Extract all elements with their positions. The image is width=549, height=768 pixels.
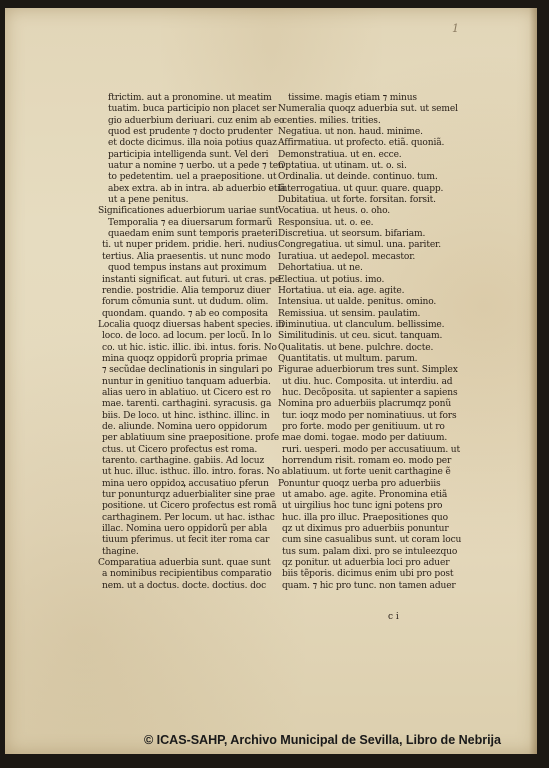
- section-heading-line: Figurae aduerbiorum tres sunt. Simplex: [278, 365, 438, 376]
- text-line: to pedetentim. uel a praepositione. ut: [98, 172, 258, 183]
- text-line: a nominibus recipientibus comparatio: [98, 569, 258, 580]
- section-heading-line: Localia quoqz diuersas habent species. i…: [98, 320, 258, 331]
- text-line: mina quoqz oppidorũ propria primae: [98, 354, 258, 365]
- entry-line: Remissiua. ut sensim. paulatim.: [278, 309, 438, 320]
- folio-mark: 1: [452, 22, 459, 35]
- entry-line: Electiua. ut potius. imo.: [278, 275, 438, 286]
- text-line: ruri. uesperi. modo per accusatiuum. ut: [278, 445, 438, 456]
- text-line: mina uero oppidoꝝ accusatiuo pferun: [98, 479, 258, 490]
- text-line: nem. ut a doctus. docte. doctius. doc: [98, 581, 258, 592]
- text-line: tertius. Alia praesentis. ut nunc modo: [98, 252, 258, 263]
- text-line: tur ponunturqz aduerbialiter sine prae: [98, 490, 258, 501]
- text-line: alias uero in ablatiuo. ut Cicero est ro: [98, 388, 258, 399]
- text-line: tissime. magis etiam ⁊ minus: [278, 93, 438, 104]
- text-line: rendie. postridie. Alia temporuz diuer: [98, 286, 258, 297]
- text-line: pro forte. modo per genitiuum. ut ro: [278, 422, 438, 433]
- text-line: de. aliunde. Nomina uero oppidorum: [98, 422, 258, 433]
- entry-line: Similitudinis. ut ceu. sicut. tanquam.: [278, 331, 438, 342]
- text-line: per ablatiuum sine praepositione. profe: [98, 433, 258, 444]
- copyright-notice: © ICAS-SAHP, Archivo Municipal de Sevill…: [144, 733, 501, 747]
- entry-line: Intensiua. ut ualde. penitus. omino.: [278, 297, 438, 308]
- text-line: tur. ioqz modo per nominatiuus. ut fors: [278, 411, 438, 422]
- entry-line: Ordinalia. ut deinde. continuo. tum.: [278, 172, 438, 183]
- text-line: abex extra. ab in intra. ab aduerbio eti…: [98, 184, 258, 195]
- entry-line: Demonstratiua. ut en. ecce.: [278, 150, 438, 161]
- entry-line: Vocatiua. ut heus. o. oho.: [278, 206, 438, 217]
- text-line: et docte dicimus. illa noia potius quaz: [98, 138, 258, 149]
- entry-line: Optatiua. ut utinam. ut. o. si.: [278, 161, 438, 172]
- text-line: biis tẽporis. dicimus enim ubi pro post: [278, 569, 438, 580]
- text-line: horrendum risit. romam eo. modo per: [278, 456, 438, 467]
- text-line: instanti significat. aut futuri. ut cras…: [98, 275, 258, 286]
- entry-line: Quantitatis. ut multum. parum.: [278, 354, 438, 365]
- text-line: mae. tarenti. carthagini. syracusis. ga: [98, 399, 258, 410]
- text-line: loco. de loco. ad locum. per locũ. In lo: [98, 331, 258, 342]
- text-line: illac. Nomina uero oppidorũ per abla: [98, 524, 258, 535]
- text-line: ti. ut nuper pridem. pridie. heri. nudiu…: [98, 240, 258, 251]
- text-line: ut diu. huc. Composita. ut interdiu. ad: [278, 377, 438, 388]
- text-line: uatur a nomine ⁊ uerbo. ut a pede ⁊ ten: [98, 161, 258, 172]
- entry-line: Interrogatiua. ut quur. quare. quapp.: [278, 184, 438, 195]
- entry-line: Iuratiua. ut aedepol. mecastor.: [278, 252, 438, 263]
- text-line: ut a pene penitus.: [98, 195, 258, 206]
- entry-line: Qualitatis. ut bene. pulchre. docte.: [278, 343, 438, 354]
- text-line: qz ponitur. ut aduerbia loci pro aduer: [278, 558, 438, 569]
- quire-signature: c i: [388, 612, 399, 622]
- entry-line: Negatiua. ut non. haud. minime.: [278, 127, 438, 138]
- text-line: quod tempus instans aut proximum: [98, 263, 258, 274]
- text-line: cum sine casualibus sunt. ut coram locu: [278, 535, 438, 546]
- entry-line: Discretiua. ut seorsum. bifariam.: [278, 229, 438, 240]
- section-heading-line: Comparatiua aduerbia sunt. quae sunt: [98, 558, 258, 569]
- text-line: qz ut diximus pro aduerbiis ponuntur: [278, 524, 438, 535]
- text-line: quaedam enim sunt temporis praeteri: [98, 229, 258, 240]
- section-heading-line: Ponuntur quoqz uerba pro aduerbiis: [278, 479, 438, 490]
- text-line: ftrictim. aut a pronomine. ut meatim: [98, 93, 258, 104]
- text-line: biis. De loco. ut hinc. isthinc. illinc.…: [98, 411, 258, 422]
- text-line: positione. ut Cicero profectus est romã: [98, 501, 258, 512]
- entry-line: Affirmatiua. ut profecto. etiã. quoniã.: [278, 138, 438, 149]
- text-line: quondam. quando. ⁊ ab eo composita: [98, 309, 258, 320]
- text-line: quam. ⁊ hic pro tunc. non tamen aduer: [278, 581, 438, 592]
- text-line: tarento. carthagine. gabiis. Ad locuz: [98, 456, 258, 467]
- text-line: nuntur in genitiuo tanquam aduerbia.: [98, 377, 258, 388]
- page-edge: [529, 8, 537, 754]
- section-heading-line: Nomina pro aduerbiis placrumqz ponũ: [278, 399, 438, 410]
- text-line: tuatim. buca participio non placet ser: [98, 104, 258, 115]
- text-line: quod est prudente ⁊ docto prudenter: [98, 127, 258, 138]
- text-line: huc. Decõposita. ut sapienter a sapiens: [278, 388, 438, 399]
- text-line: centies. milies. trities.: [278, 116, 438, 127]
- text-line: ⁊ secũdae declinationis in singulari po: [98, 365, 258, 376]
- entry-line: Congregatiua. ut simul. una. pariter.: [278, 240, 438, 251]
- text-line: tiuum pferimus. ut fecit iter roma car: [98, 535, 258, 546]
- entry-line: Dehortatiua. ut ne.: [278, 263, 438, 274]
- text-line: ut huc. illuc. isthuc. illo. intro. fora…: [98, 467, 258, 478]
- text-line: ablatiuum. ut forte uenit carthagine ẽ: [278, 467, 438, 478]
- text-line: gio aduerbium deriuari. cuz enim ab eo: [98, 116, 258, 127]
- section-heading-line: Numeralia quoqz aduerbia sut. ut semel: [278, 104, 438, 115]
- text-line: forum cõmunia sunt. ut dudum. olim.: [98, 297, 258, 308]
- entry-line: Hortatiua. ut eia. age. agite.: [278, 286, 438, 297]
- right-text-column: tissime. magis etiam ⁊ minus Numeralia q…: [278, 93, 438, 592]
- text-line: Temporalia ⁊ ea diuersarum formarũ: [98, 218, 258, 229]
- entry-line: Responsiua. ut. o. ee.: [278, 218, 438, 229]
- text-line: co. ut hic. istic. illic. ibi. intus. fo…: [98, 343, 258, 354]
- section-heading-line: Significationes aduerbiorum uariae sunt: [98, 206, 258, 217]
- text-line: huc. illa pro illuc. Praepositiones quo: [278, 513, 438, 524]
- text-line: tus sum. palam dixi. pro se intuleezquo: [278, 547, 438, 558]
- text-line: mae domi. togae. modo per datiuum.: [278, 433, 438, 444]
- text-line: ctus. ut Cicero profectus est roma.: [98, 445, 258, 456]
- text-line: thagine.: [98, 547, 258, 558]
- text-line: ut amabo. age. agite. Pronomina etiã: [278, 490, 438, 501]
- entry-line: Dubitatiua. ut forte. forsitan. forsit.: [278, 195, 438, 206]
- entry-line: Diminutiua. ut clanculum. bellissime.: [278, 320, 438, 331]
- text-line: ut uirgilius hoc tunc igni potens pro: [278, 501, 438, 512]
- text-line: participia intelligenda sunt. Vel deri: [98, 150, 258, 161]
- text-line: carthaginem. Per locum. ut hac. isthac: [98, 513, 258, 524]
- left-text-column: ftrictim. aut a pronomine. ut meatim tua…: [98, 93, 258, 592]
